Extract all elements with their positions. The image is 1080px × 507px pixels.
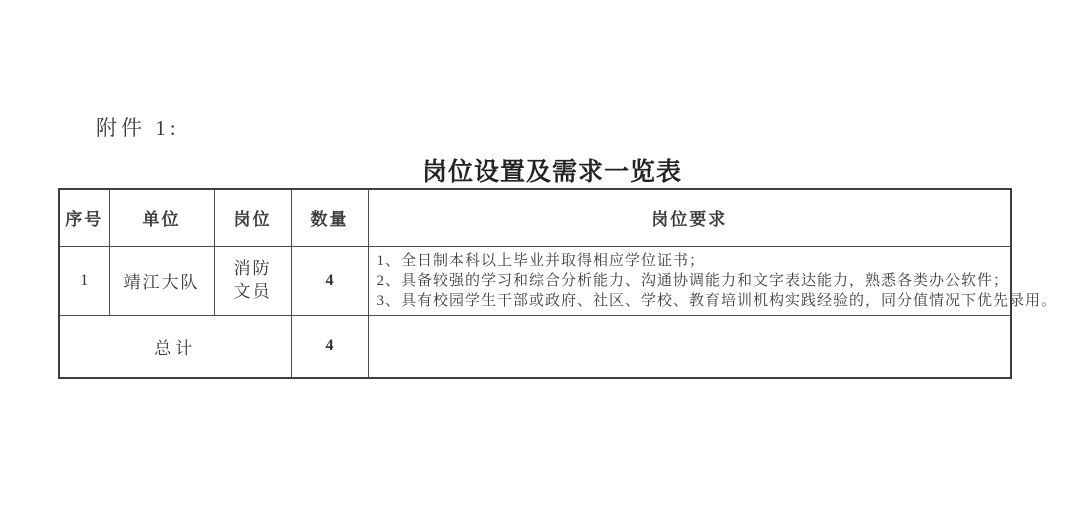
requirement-line: 1、全日制本科以上毕业并取得相应学位证书； — [377, 251, 1001, 271]
header-requirements: 岗位要求 — [368, 189, 1011, 246]
document-page: 附件 1: 岗位设置及需求一览表 序号 单位 岗位 数量 岗位要求 1 靖江大队… — [0, 0, 1080, 507]
header-quantity: 数量 — [291, 189, 368, 246]
positions-table: 序号 单位 岗位 数量 岗位要求 1 靖江大队 消防 文员 4 1、全日制本科以… — [58, 188, 1012, 379]
table-header-row: 序号 单位 岗位 数量 岗位要求 — [59, 189, 1011, 246]
requirement-line: 2、具备较强的学习和综合分析能力、沟通协调能力和文字表达能力，熟悉各类办公软件； — [377, 271, 1001, 291]
cell-unit: 靖江大队 — [109, 246, 214, 315]
cell-quantity: 4 — [291, 246, 368, 315]
total-label-cell: 总计 — [59, 315, 291, 378]
table-row: 1 靖江大队 消防 文员 4 1、全日制本科以上毕业并取得相应学位证书； 2、具… — [59, 246, 1011, 315]
cell-position: 消防 文员 — [214, 246, 291, 315]
cell-requirements: 1、全日制本科以上毕业并取得相应学位证书； 2、具备较强的学习和综合分析能力、沟… — [368, 246, 1011, 315]
page-title: 岗位设置及需求一览表 — [0, 152, 1080, 188]
header-unit: 单位 — [109, 189, 214, 246]
total-quantity-cell: 4 — [291, 315, 368, 378]
requirement-line: 3、具有校园学生干部或政府、社区、学校、教育培训机构实践经验的，同分值情况下优先… — [377, 291, 1001, 311]
total-requirements-cell — [368, 315, 1011, 378]
header-no: 序号 — [59, 189, 109, 246]
header-position: 岗位 — [214, 189, 291, 246]
total-row: 总计 4 — [59, 315, 1011, 378]
attachment-label: 附件 1: — [96, 112, 180, 142]
cell-no: 1 — [59, 246, 109, 315]
